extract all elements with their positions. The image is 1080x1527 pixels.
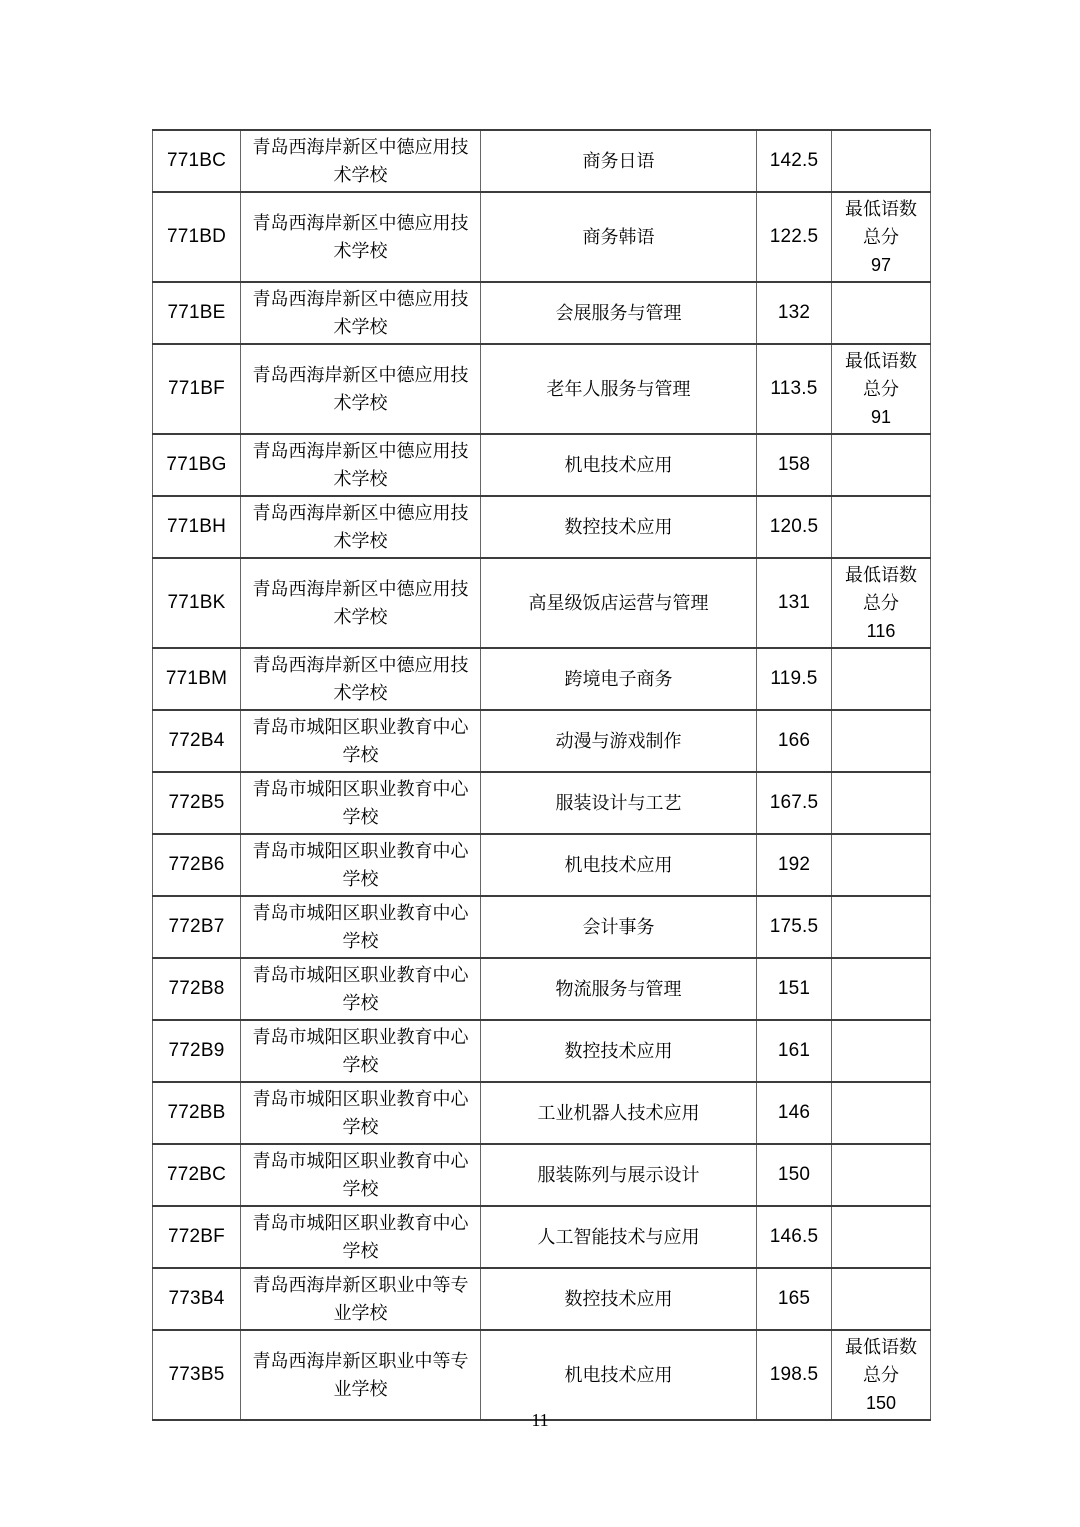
cell-score: 119.5	[757, 648, 832, 710]
cell-major: 工业机器人技术应用	[481, 1082, 757, 1144]
cell-school: 青岛市城阳区职业教育中心学校	[241, 958, 481, 1020]
cell-code: 772B9	[153, 1020, 241, 1082]
cell-code: 772BF	[153, 1206, 241, 1268]
cell-score: 198.5	[757, 1330, 832, 1420]
cell-score: 167.5	[757, 772, 832, 834]
cell-major: 动漫与游戏制作	[481, 710, 757, 772]
cell-code: 771BH	[153, 496, 241, 558]
cell-code: 771BD	[153, 192, 241, 282]
cell-score: 113.5	[757, 344, 832, 434]
cell-school: 青岛市城阳区职业教育中心学校	[241, 896, 481, 958]
cell-major: 会展服务与管理	[481, 282, 757, 344]
cell-note	[832, 958, 931, 1020]
table-row: 772B4青岛市城阳区职业教育中心学校动漫与游戏制作166	[153, 710, 931, 772]
cell-code: 772B7	[153, 896, 241, 958]
cell-note	[832, 434, 931, 496]
cell-school: 青岛西海岸新区中德应用技术学校	[241, 282, 481, 344]
cell-score: 165	[757, 1268, 832, 1330]
cell-major: 物流服务与管理	[481, 958, 757, 1020]
cell-major: 跨境电子商务	[481, 648, 757, 710]
cell-code: 771BG	[153, 434, 241, 496]
cell-major: 机电技术应用	[481, 1330, 757, 1420]
cell-major: 数控技术应用	[481, 1020, 757, 1082]
cell-score: 132	[757, 282, 832, 344]
cell-school: 青岛市城阳区职业教育中心学校	[241, 710, 481, 772]
table-row: 773B4青岛西海岸新区职业中等专业学校数控技术应用165	[153, 1268, 931, 1330]
cell-major: 商务韩语	[481, 192, 757, 282]
cell-code: 771BK	[153, 558, 241, 648]
table-row: 772B7青岛市城阳区职业教育中心学校会计事务175.5	[153, 896, 931, 958]
cell-note	[832, 648, 931, 710]
cell-note: 最低语数总分150	[832, 1330, 931, 1420]
note-label: 最低语数总分	[845, 565, 917, 613]
cell-note: 最低语数总分116	[832, 558, 931, 648]
document-page: 771BC青岛西海岸新区中德应用技术学校商务日语142.5771BD青岛西海岸新…	[0, 0, 1080, 1527]
table-row: 771BG青岛西海岸新区中德应用技术学校机电技术应用158	[153, 434, 931, 496]
table-row: 771BF青岛西海岸新区中德应用技术学校老年人服务与管理113.5最低语数总分9…	[153, 344, 931, 434]
table-row: 772BF青岛市城阳区职业教育中心学校人工智能技术与应用146.5	[153, 1206, 931, 1268]
cell-note	[832, 710, 931, 772]
cell-major: 机电技术应用	[481, 834, 757, 896]
cell-note: 最低语数总分91	[832, 344, 931, 434]
cell-score: 122.5	[757, 192, 832, 282]
table-row: 772BC青岛市城阳区职业教育中心学校服装陈列与展示设计150	[153, 1144, 931, 1206]
note-value: 91	[838, 403, 924, 431]
table-row: 771BD青岛西海岸新区中德应用技术学校商务韩语122.5最低语数总分97	[153, 192, 931, 282]
cell-school: 青岛西海岸新区职业中等专业学校	[241, 1330, 481, 1420]
cell-note	[832, 1082, 931, 1144]
cell-code: 771BC	[153, 130, 241, 192]
cell-note	[832, 1268, 931, 1330]
cell-major: 数控技术应用	[481, 496, 757, 558]
note-label: 最低语数总分	[845, 1337, 917, 1385]
cell-major: 服装设计与工艺	[481, 772, 757, 834]
cell-school: 青岛市城阳区职业教育中心学校	[241, 1144, 481, 1206]
cell-school: 青岛西海岸新区中德应用技术学校	[241, 192, 481, 282]
cell-score: 161	[757, 1020, 832, 1082]
cell-code: 772B5	[153, 772, 241, 834]
cell-score: 158	[757, 434, 832, 496]
cell-code: 773B4	[153, 1268, 241, 1330]
cell-note	[832, 772, 931, 834]
table-row: 771BH青岛西海岸新区中德应用技术学校数控技术应用120.5	[153, 496, 931, 558]
cell-school: 青岛西海岸新区中德应用技术学校	[241, 558, 481, 648]
cell-code: 771BF	[153, 344, 241, 434]
cell-code: 772BB	[153, 1082, 241, 1144]
cell-note	[832, 1020, 931, 1082]
cell-major: 服装陈列与展示设计	[481, 1144, 757, 1206]
cell-school: 青岛市城阳区职业教育中心学校	[241, 1082, 481, 1144]
cell-score: 166	[757, 710, 832, 772]
cell-score: 175.5	[757, 896, 832, 958]
cell-score: 120.5	[757, 496, 832, 558]
cell-code: 772BC	[153, 1144, 241, 1206]
table-row: 771BE青岛西海岸新区中德应用技术学校会展服务与管理132	[153, 282, 931, 344]
note-label: 最低语数总分	[845, 351, 917, 399]
note-value: 116	[838, 617, 924, 645]
table-row: 772B5青岛市城阳区职业教育中心学校服装设计与工艺167.5	[153, 772, 931, 834]
cell-note	[832, 896, 931, 958]
cell-school: 青岛市城阳区职业教育中心学校	[241, 1206, 481, 1268]
cell-school: 青岛西海岸新区中德应用技术学校	[241, 130, 481, 192]
table-row: 772B8青岛市城阳区职业教育中心学校物流服务与管理151	[153, 958, 931, 1020]
cell-note	[832, 130, 931, 192]
cell-note: 最低语数总分97	[832, 192, 931, 282]
cell-school: 青岛市城阳区职业教育中心学校	[241, 772, 481, 834]
cell-score: 131	[757, 558, 832, 648]
cell-code: 772B4	[153, 710, 241, 772]
cell-note	[832, 1206, 931, 1268]
table-row: 772B6青岛市城阳区职业教育中心学校机电技术应用192	[153, 834, 931, 896]
admission-scores-table: 771BC青岛西海岸新区中德应用技术学校商务日语142.5771BD青岛西海岸新…	[152, 129, 931, 1421]
cell-note	[832, 282, 931, 344]
cell-score: 150	[757, 1144, 832, 1206]
page-number: 11	[0, 1410, 1080, 1431]
table-body: 771BC青岛西海岸新区中德应用技术学校商务日语142.5771BD青岛西海岸新…	[153, 130, 931, 1420]
cell-note	[832, 1144, 931, 1206]
note-label: 最低语数总分	[845, 199, 917, 247]
table-row: 771BC青岛西海岸新区中德应用技术学校商务日语142.5	[153, 130, 931, 192]
cell-score: 151	[757, 958, 832, 1020]
cell-school: 青岛市城阳区职业教育中心学校	[241, 1020, 481, 1082]
note-value: 97	[838, 251, 924, 279]
cell-score: 146.5	[757, 1206, 832, 1268]
cell-code: 772B6	[153, 834, 241, 896]
table-row: 772B9青岛市城阳区职业教育中心学校数控技术应用161	[153, 1020, 931, 1082]
cell-note	[832, 496, 931, 558]
cell-score: 192	[757, 834, 832, 896]
cell-major: 人工智能技术与应用	[481, 1206, 757, 1268]
table-row: 771BK青岛西海岸新区中德应用技术学校高星级饭店运营与管理131最低语数总分1…	[153, 558, 931, 648]
table-row: 773B5青岛西海岸新区职业中等专业学校机电技术应用198.5最低语数总分150	[153, 1330, 931, 1420]
cell-code: 773B5	[153, 1330, 241, 1420]
table-row: 771BM青岛西海岸新区中德应用技术学校跨境电子商务119.5	[153, 648, 931, 710]
cell-major: 高星级饭店运营与管理	[481, 558, 757, 648]
cell-school: 青岛西海岸新区中德应用技术学校	[241, 344, 481, 434]
cell-school: 青岛西海岸新区中德应用技术学校	[241, 648, 481, 710]
cell-major: 老年人服务与管理	[481, 344, 757, 434]
cell-school: 青岛西海岸新区中德应用技术学校	[241, 496, 481, 558]
cell-code: 771BM	[153, 648, 241, 710]
cell-school: 青岛市城阳区职业教育中心学校	[241, 834, 481, 896]
cell-school: 青岛西海岸新区职业中等专业学校	[241, 1268, 481, 1330]
cell-major: 机电技术应用	[481, 434, 757, 496]
cell-note	[832, 834, 931, 896]
cell-major: 数控技术应用	[481, 1268, 757, 1330]
cell-code: 771BE	[153, 282, 241, 344]
table-row: 772BB青岛市城阳区职业教育中心学校工业机器人技术应用146	[153, 1082, 931, 1144]
cell-school: 青岛西海岸新区中德应用技术学校	[241, 434, 481, 496]
cell-score: 146	[757, 1082, 832, 1144]
cell-code: 772B8	[153, 958, 241, 1020]
cell-major: 会计事务	[481, 896, 757, 958]
cell-major: 商务日语	[481, 130, 757, 192]
cell-score: 142.5	[757, 130, 832, 192]
